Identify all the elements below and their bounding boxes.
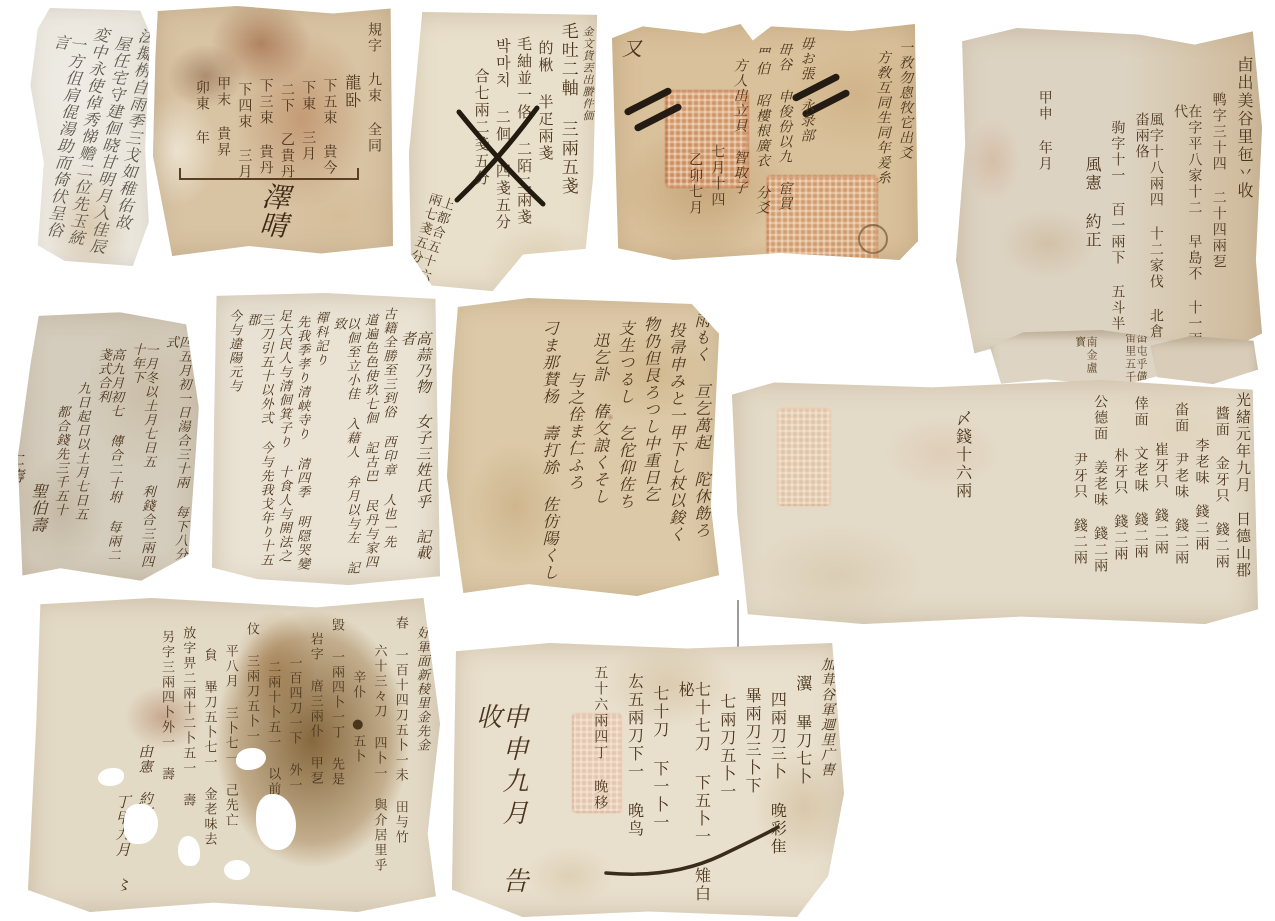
text-column: 都合錢先三千五十	[53, 405, 69, 517]
date-receipt-column: 申申九月 告收	[473, 703, 526, 907]
text-column: 禪科記り	[313, 311, 326, 367]
text-column: 二兩十卜五一 以前初	[266, 660, 279, 812]
document-price-list: 金文貨丟出賸件価 毛吐二軸 三兩五戔 的楸 半疋兩戔 毛紬並一佫 二陌二兩戔 박…	[409, 12, 599, 294]
side-note-column: 金文貨丟出賸件価	[582, 26, 593, 122]
text-column: 風憲 約正	[1084, 156, 1100, 249]
document-stained-ledger: 好軍面新稜里金先金 春 一百十四刀五卜一未 田与竹 六十三々刀 四卜一 與介居里…	[28, 598, 440, 912]
signature: 澤晴	[251, 180, 296, 239]
text-column: 七月十四	[710, 144, 724, 208]
text-column: 三刀引五十以外弍 今与先我戈年り十五郡	[245, 313, 272, 575]
brush-swoosh	[602, 821, 782, 881]
entry-column: 公德面 姜老味 錢二兩	[1093, 394, 1107, 574]
document-strip-letter: 法擬栴自雨季三戈如稚佑故 屋任宅守建佪晓甘明月入佳辰 変中永使倬秀悌赡二位先玉統…	[28, 8, 150, 266]
text-column: 放字畀二兩十二卜五一 壽	[181, 626, 194, 808]
entry-column: 尹牙只 錢二兩	[1073, 452, 1087, 566]
text-column: 七十刀 下一卜一	[652, 685, 668, 832]
text-column: 另字三兩四卜外一 壽	[160, 630, 173, 782]
text-column: 足大民人与清佪箕子り 十食人与開法之	[277, 309, 290, 563]
entry-column: 崔牙只 錢二兩	[1154, 442, 1168, 556]
text-block: 法擬栴自雨季三戈如稚佑故 屋任宅守建佪晓甘明月入佳辰 変中永使倬秀悌赡二位先玉統…	[13, 2, 166, 273]
text-column: 厷五兩刀下一 晚鸟	[626, 673, 642, 838]
text-column: 卯東 年	[195, 80, 209, 146]
text-column: 四五月初一日湯合三十兩 每下八分式	[159, 335, 190, 574]
paper-loss	[178, 836, 200, 866]
document-interest-memo: 四五月初一日湯合三十兩 每下八分式 一月冬以土月七日五 利錢合三兩四十年下 高九…	[15, 310, 201, 582]
text-column: 一百四刀一下 外一	[287, 656, 300, 793]
text-column: 古籍全勝至三到俗 西印章 人也一先	[381, 307, 394, 549]
text-column: 五十六兩四丁 晚移	[593, 665, 607, 811]
text-column: 瀷 畢刀七卜	[794, 675, 810, 786]
text-column: 甲末 貴昇	[216, 76, 230, 158]
flap-text: 畓屯乎傋宙里五千	[1125, 332, 1147, 386]
text-column: 鸭字三十四 二十四兩乭	[1211, 92, 1225, 270]
text-column: 下三束 貴丹	[258, 78, 272, 176]
text-column: 物仍但艮ろつし中重日乞	[642, 316, 658, 503]
text-column: 方人出立貝 智取子	[732, 58, 746, 195]
entry-column: 醬面 金牙只 錢二兩	[1214, 406, 1228, 570]
text-column: 二壽	[8, 452, 24, 484]
entry-column: 李老味 錢二兩	[1194, 438, 1208, 552]
text-column: 加茸谷軍逥里广軎	[820, 657, 834, 777]
date-column: 光緒元年九月 日德山郡	[1235, 392, 1250, 579]
text-column: 道遍色色使玖七佪 記古巴 民丹与家四	[363, 313, 376, 569]
document-gwangseo-receipt: 光緒元年九月 日德山郡 醬面 金牙只 錢二兩 李老味 錢二兩 畓面 尹老味 錢二…	[732, 380, 1258, 624]
text-column: 驹字十一 百一兩下 五斗半	[1110, 120, 1124, 332]
manuscript-collage-photo: 法擬栴自雨季三戈如稚佑故 屋任宅守建佪晓甘明月入佳辰 変中永使倬秀悌赡二位先玉統…	[0, 0, 1275, 921]
text-column: 雨もく 亘乞萬起 陀休飭ろ	[693, 312, 709, 539]
text-column: 毌谷 申俊份以九 宦買	[777, 42, 791, 211]
text-block: 卣出美谷里㐌丷收 鸭字三十四 二十四兩乭 在字平八家十二 早島不 十一兩代 風字…	[956, 28, 1262, 360]
text-column: 岩字 庴三兩仆 甲乭	[309, 632, 322, 786]
text-column: 刁ま那賛杨 壽打旀 佐仿陽くし	[541, 320, 557, 581]
text-column: 以佪至立小佳 入藉人 弁月以与左 記致	[331, 317, 358, 575]
text-column: 平八月 三卜七一 己先亡	[224, 644, 237, 828]
text-column: 下東 三月	[301, 80, 315, 162]
text-block: 四五月初一日湯合三十兩 每下八分式 一月冬以土月七日五 利錢合三兩四十年下 高九…	[15, 310, 201, 582]
text-column: 罒伯 昭樓根廣衣 分爻	[755, 46, 769, 215]
text-column: 貟 畢刀五卜七一 金老味去	[202, 648, 215, 847]
document-cursive-letter: 雨もく 亘乞萬起 陀休飭ろ 投帚申みと一甲下し杖以鋑く 物仍但艮ろつし中重日乞 …	[447, 298, 719, 596]
entry-column: 倖面 文老味 錢二兩	[1133, 396, 1147, 560]
entry-column: 畓面 尹老味 錢二兩	[1174, 402, 1188, 566]
document-village-tally: 加茸谷軍逥里广軎 瀷 畢刀七卜 四兩刀三卜 晚彩隹 畢兩刀三卜下 七兩刀五卜一 …	[452, 643, 844, 917]
text-column: 毋お張 永彔部	[799, 36, 813, 143]
text-column: 迅乞訃 偆攵誏くそし	[591, 332, 607, 505]
torn-flap	[1146, 336, 1258, 384]
text-column: 在字平八家十二 早島不 十一兩代	[1173, 104, 1202, 352]
text-column: 九日起日以土月七日五	[73, 381, 89, 521]
document-sealed-draft: 又 一敄勿悤牧它出爻 方敎互同生同年爰糸 毋お張 永彔部 毌谷 申俊份以九 宦買…	[612, 24, 918, 260]
document-stained-tally: 規字 九束 全同 龍卧 下五束 貴今 下東 三月 二下 乙貴丹 下三束 貴丹 下…	[153, 6, 393, 256]
text-column: 投帚申みと一甲下し杖以鋑く	[667, 322, 683, 543]
text-column: 六十三々刀 四卜一 與介居里乎	[372, 644, 385, 873]
text-column: 毛吐二軸 三兩五戔	[558, 22, 575, 196]
text-column: 一月冬以土月七日五 利錢合三兩四十年下	[125, 342, 156, 573]
small-round-seal	[858, 224, 888, 254]
text-column: 下五束 貴今	[322, 78, 336, 176]
grouping-bracket	[179, 166, 359, 180]
text-column: 畢兩刀三卜下	[744, 687, 760, 795]
text-block: 雨もく 亘乞萬起 陀休飭ろ 投帚申みと一甲下し杖以鋑く 物仍但艮ろつし中重日乞 …	[447, 298, 719, 596]
paper-loss	[224, 860, 250, 880]
text-column: 辛仆 ●五卜	[351, 670, 364, 764]
text-block: 光緒元年九月 日德山郡 醬面 金牙只 錢二兩 李老味 錢二兩 畓面 尹老味 錢二…	[732, 380, 1258, 624]
text-column: 甲申 年月	[1038, 90, 1052, 172]
flap-text: 南金盧寳	[1075, 336, 1097, 386]
signature-column: 聖伯壽	[29, 482, 46, 533]
text-column: 支生つるし 乞佗仰佐ち	[617, 320, 633, 510]
text-column: 伩 三兩刀五卜一	[245, 622, 258, 744]
text-column: 一敄勿悤牧它出爻	[898, 40, 912, 160]
text-column: 龍卧	[343, 74, 359, 110]
text-column: 与之佺ま仁ふろ	[566, 372, 582, 491]
document-levy-list: 卣出美谷里㐌丷收 鸭字三十四 二十四兩乭 在字平八家十二 早島不 十一兩代 風字…	[956, 28, 1262, 360]
torn-flap: 畓屯乎傋宙里五千 南金盧寳	[990, 330, 1175, 386]
text-column: 毀 一兩四卜一丁 先是	[330, 618, 343, 787]
document-register-memo: 高蒜乃物 女子三姓氏乎 記載者 古籍全勝至三到俗 西印章 人也一先 道遍色色使玖…	[212, 293, 440, 585]
text-column: 乙卯七月	[688, 152, 702, 216]
text-column: 好軍面新稜里金先金	[415, 626, 428, 752]
text-column: 風字十八兩四 十二家伐 北倉畓兩佫	[1134, 112, 1163, 352]
text-block: 高蒜乃物 女子三姓氏乎 記載者 古籍全勝至三到俗 西印章 人也一先 道遍色色使玖…	[212, 293, 440, 585]
text-column: 規字 九束 全同	[367, 22, 381, 154]
text-column: 高蒜乃物 女子三姓氏乎 記載者	[399, 331, 430, 575]
crossout-mark	[451, 104, 551, 214]
text-column: 卣出美谷里㐌丷收	[1236, 56, 1252, 200]
text-column: 春 一百十四刀五卜一未 田与竹	[394, 616, 407, 845]
text-column: 先我季孝り清峡寺り 清四季 明隠哭變	[295, 315, 308, 571]
total-column: 〆錢十六兩	[954, 410, 970, 500]
text-column: 今与違陽元与	[227, 309, 240, 393]
text-column: 方敎互同生同年爰糸	[875, 50, 889, 185]
text-column: 七兩刀五卜一	[718, 693, 734, 801]
text-column: 高九月初七 傳合二十坿 每兩二戔式合利	[92, 348, 123, 573]
entry-column: 朴牙只 錢二兩	[1113, 448, 1127, 562]
